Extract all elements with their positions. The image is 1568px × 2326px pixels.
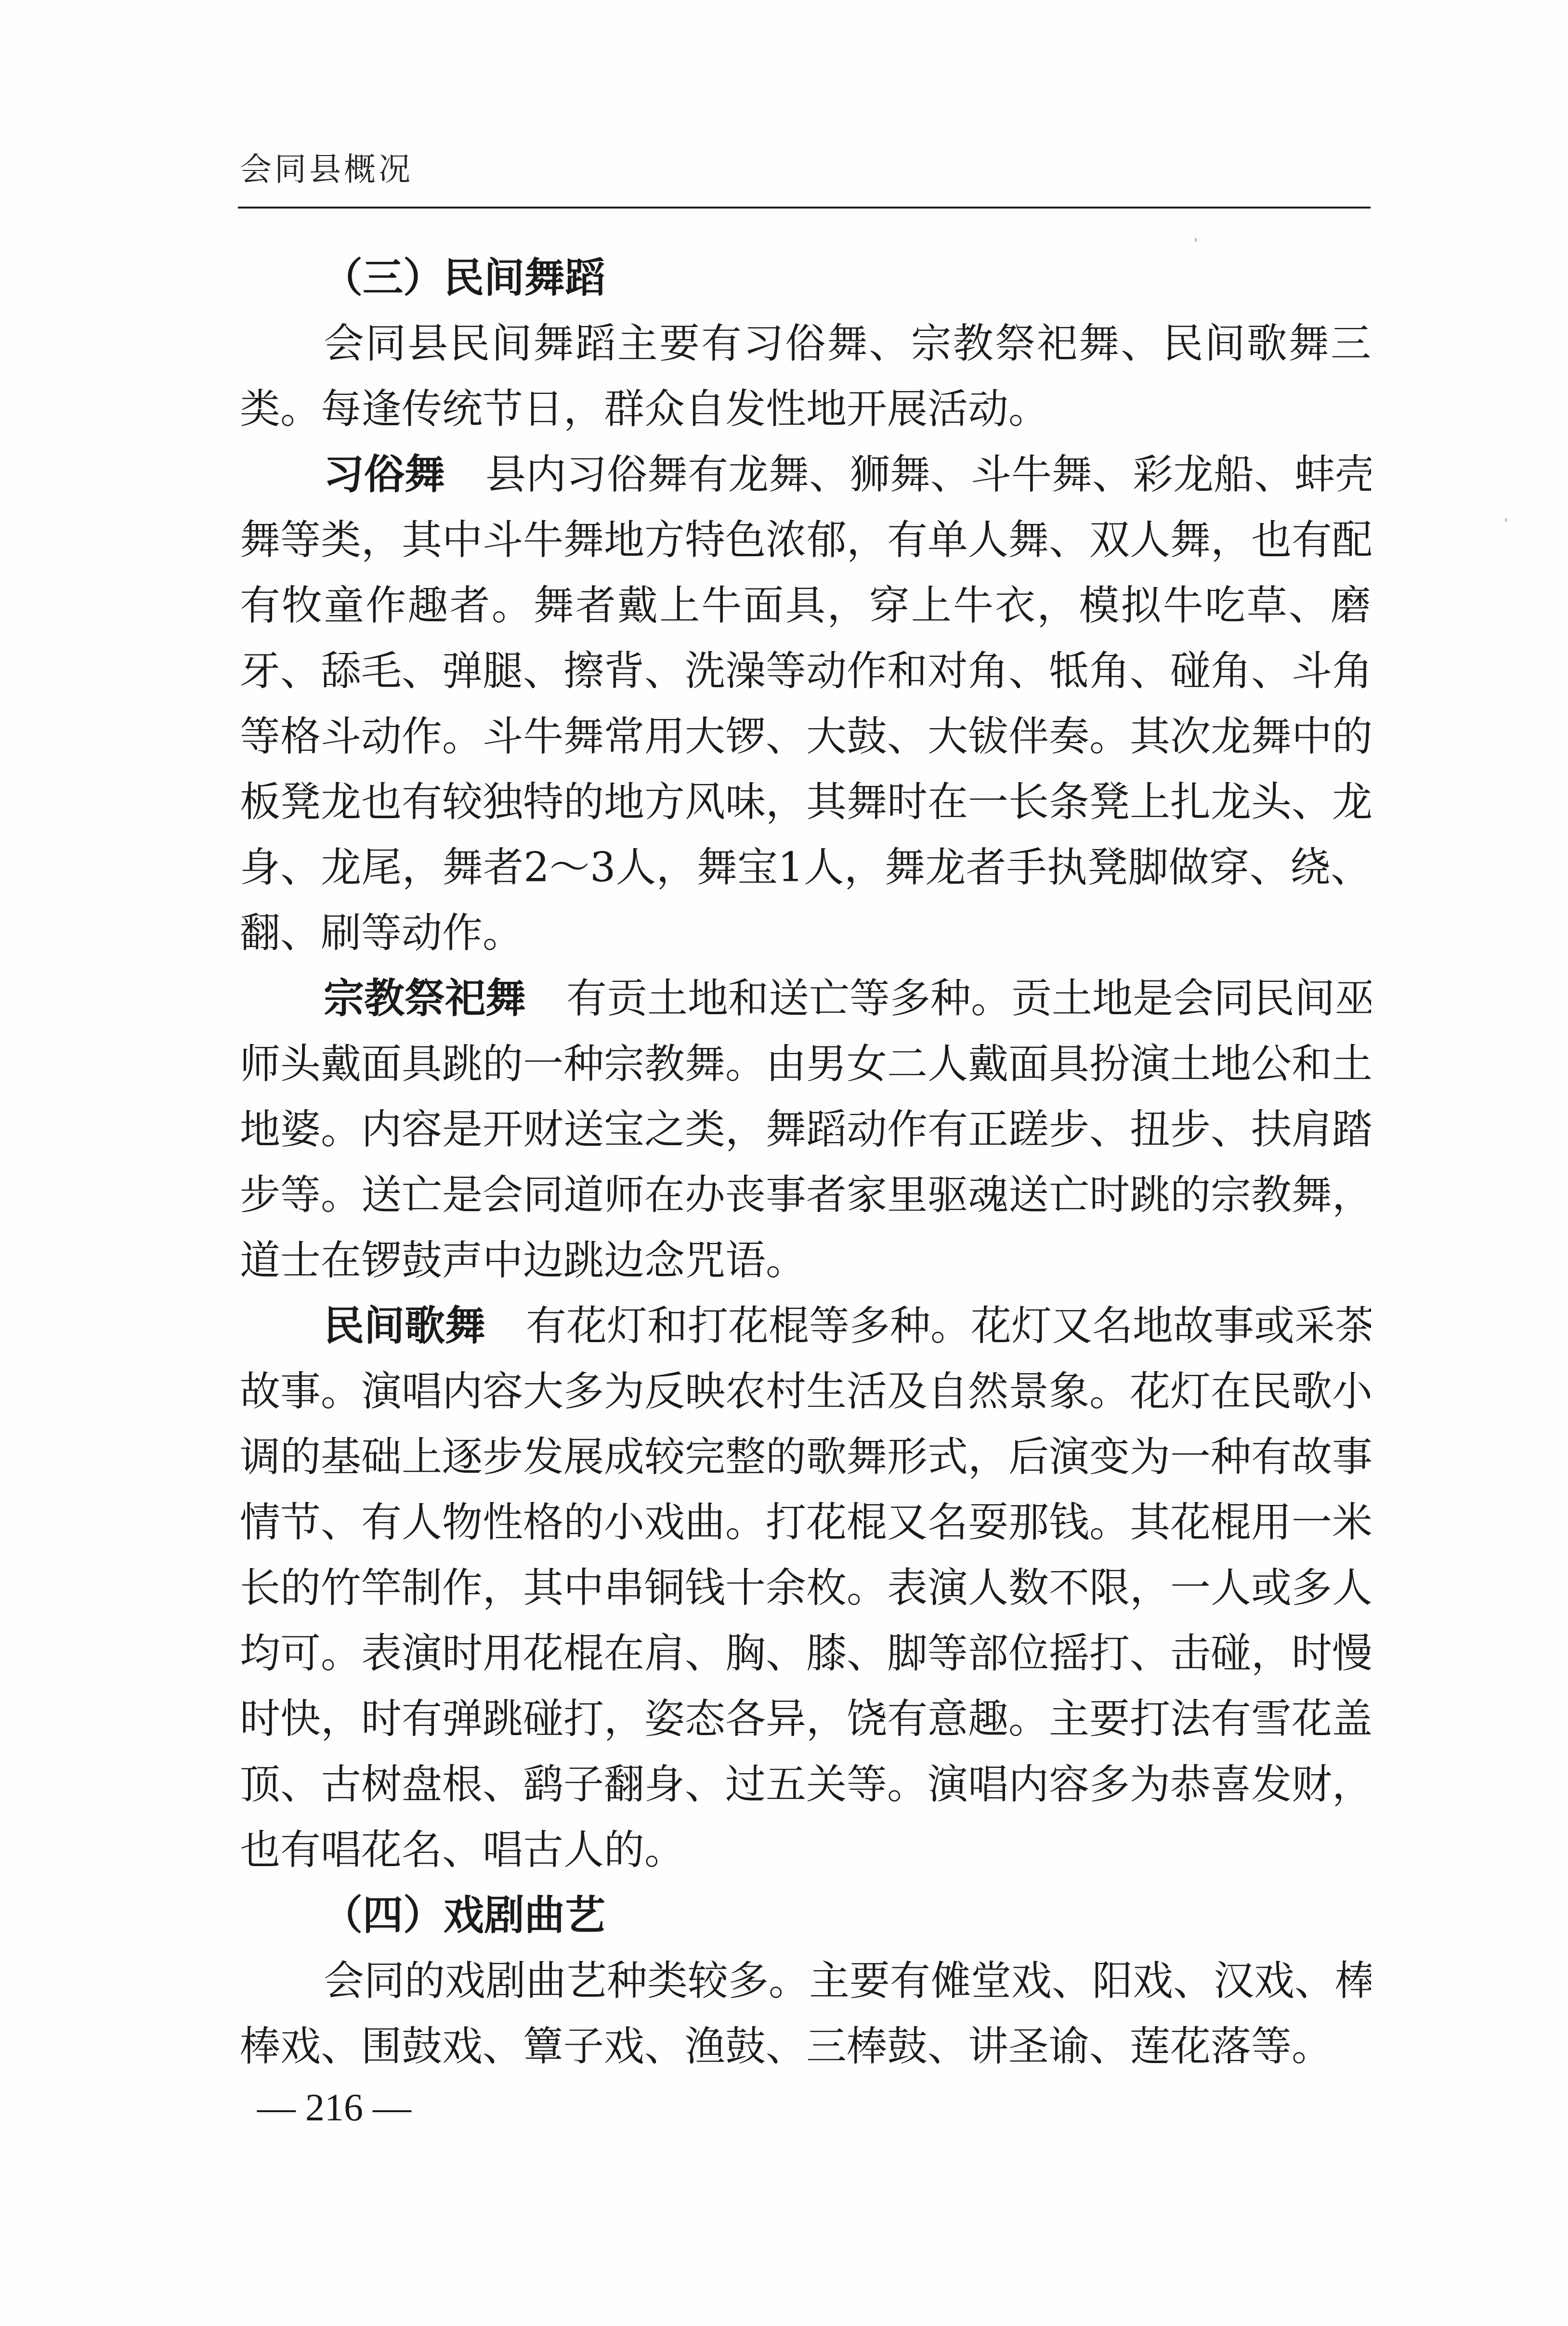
paragraph-line: 故事。演唱内容大多为反映农村生活及自然景象。花灯在民歌小 — [240, 1359, 1371, 1424]
section-heading: （三）民间舞蹈 — [240, 245, 1371, 311]
paragraph-line: 师头戴面具跳的一种宗教舞。由男女二人戴面具扮演土地公和土 — [240, 1031, 1371, 1097]
header-rule — [238, 207, 1371, 209]
paragraph-line: 习俗舞县内习俗舞有龙舞、狮舞、斗牛舞、彩龙船、蚌壳 — [240, 442, 1371, 507]
paragraph-line: 棒戏、围鼓戏、簟子戏、渔鼓、三棒鼓、讲圣谕、莲花落等。 — [240, 2013, 1371, 2079]
paragraph-line: 宗教祭祀舞有贡土地和送亡等多种。贡土地是会同民间巫 — [240, 966, 1371, 1031]
paragraph-line: 身、龙尾，舞者2～3人，舞宝1人，舞龙者手执凳脚做穿、绕、 — [240, 835, 1371, 900]
paragraph-line: 有牧童作趣者。舞者戴上牛面具，穿上牛衣，模拟牛吃草、磨 — [240, 573, 1371, 638]
paragraph-lead-term: 习俗舞 — [324, 451, 445, 498]
paragraph-line: 类。每逢传统节日，群众自发性地开展活动。 — [240, 376, 1371, 442]
book-page: 会同县概况 （三）民间舞蹈 会同县民间舞蹈主要有习俗舞、宗教祭祀舞、民间歌舞三 … — [0, 0, 1568, 2326]
paragraph-line: 板凳龙也有较独特的地方风味，其舞时在一长条凳上扎龙头、龙 — [240, 769, 1371, 835]
page-number: — 216 — — [257, 2081, 411, 2134]
paragraph-lead-term: 民间歌舞 — [324, 1302, 485, 1349]
running-head: 会同县概况 — [240, 150, 413, 189]
paragraph-line: 舞等类，其中斗牛舞地方特色浓郁，有单人舞、双人舞，也有配 — [240, 507, 1371, 573]
paragraph-line: 长的竹竿制作，其中串铜钱十余枚。表演人数不限，一人或多人 — [240, 1555, 1371, 1620]
section-heading: （四）戏剧曲艺 — [240, 1882, 1371, 1948]
paragraph-line: 均可。表演时用花棍在肩、胸、膝、脚等部位摇打、击碰，时慢 — [240, 1620, 1371, 1686]
paragraph-line: 情节、有人物性格的小戏曲。打花棍又名耍那钱。其花棍用一米 — [240, 1490, 1371, 1555]
paragraph-line: 道士在锣鼓声中边跳边念咒语。 — [240, 1228, 1371, 1293]
paragraph-lead-term: 宗教祭祀舞 — [324, 975, 526, 1022]
paragraph-line: 时快，时有弹跳碰打，姿态各异，饶有意趣。主要打法有雪花盖 — [240, 1686, 1371, 1751]
paragraph-text: 有贡土地和送亡等多种。贡土地是会同民间巫 — [566, 975, 1371, 1022]
paragraph-line: 地婆。内容是开财送宝之类，舞蹈动作有正蹉步、扭步、扶肩踏 — [240, 1097, 1371, 1162]
paragraph-line: 也有唱花名、唱古人的。 — [240, 1817, 1371, 1882]
paragraph-line: 会同县民间舞蹈主要有习俗舞、宗教祭祀舞、民间歌舞三 — [240, 311, 1371, 376]
scan-speck — [1505, 518, 1507, 522]
paragraph-line: 会同的戏剧曲艺种类较多。主要有傩堂戏、阳戏、汉戏、棒 — [240, 1948, 1371, 2013]
paragraph-line: 等格斗动作。斗牛舞常用大锣、大鼓、大钹伴奏。其次龙舞中的 — [240, 704, 1371, 769]
page-body: （三）民间舞蹈 会同县民间舞蹈主要有习俗舞、宗教祭祀舞、民间歌舞三 类。每逢传统… — [240, 245, 1371, 2079]
paragraph-line: 顶、古树盘根、鹞子翻身、过五关等。演唱内容多为恭喜发财， — [240, 1751, 1371, 1817]
paragraph-line: 民间歌舞有花灯和打花棍等多种。花灯又名地故事或采茶 — [240, 1293, 1371, 1359]
paragraph-line: 翻、刷等动作。 — [240, 900, 1371, 966]
scan-speck — [1195, 238, 1197, 242]
paragraph-line: 步等。送亡是会同道师在办丧事者家里驱魂送亡时跳的宗教舞， — [240, 1162, 1371, 1228]
paragraph-line: 调的基础上逐步发展成较完整的歌舞形式，后演变为一种有故事 — [240, 1424, 1371, 1490]
paragraph-text: 县内习俗舞有龙舞、狮舞、斗牛舞、彩龙船、蚌壳 — [485, 451, 1371, 498]
paragraph-text: 有花灯和打花棍等多种。花灯又名地故事或采茶 — [526, 1302, 1371, 1349]
paragraph-line: 牙、舔毛、弹腿、擦背、洗澡等动作和对角、牴角、碰角、斗角 — [240, 638, 1371, 704]
